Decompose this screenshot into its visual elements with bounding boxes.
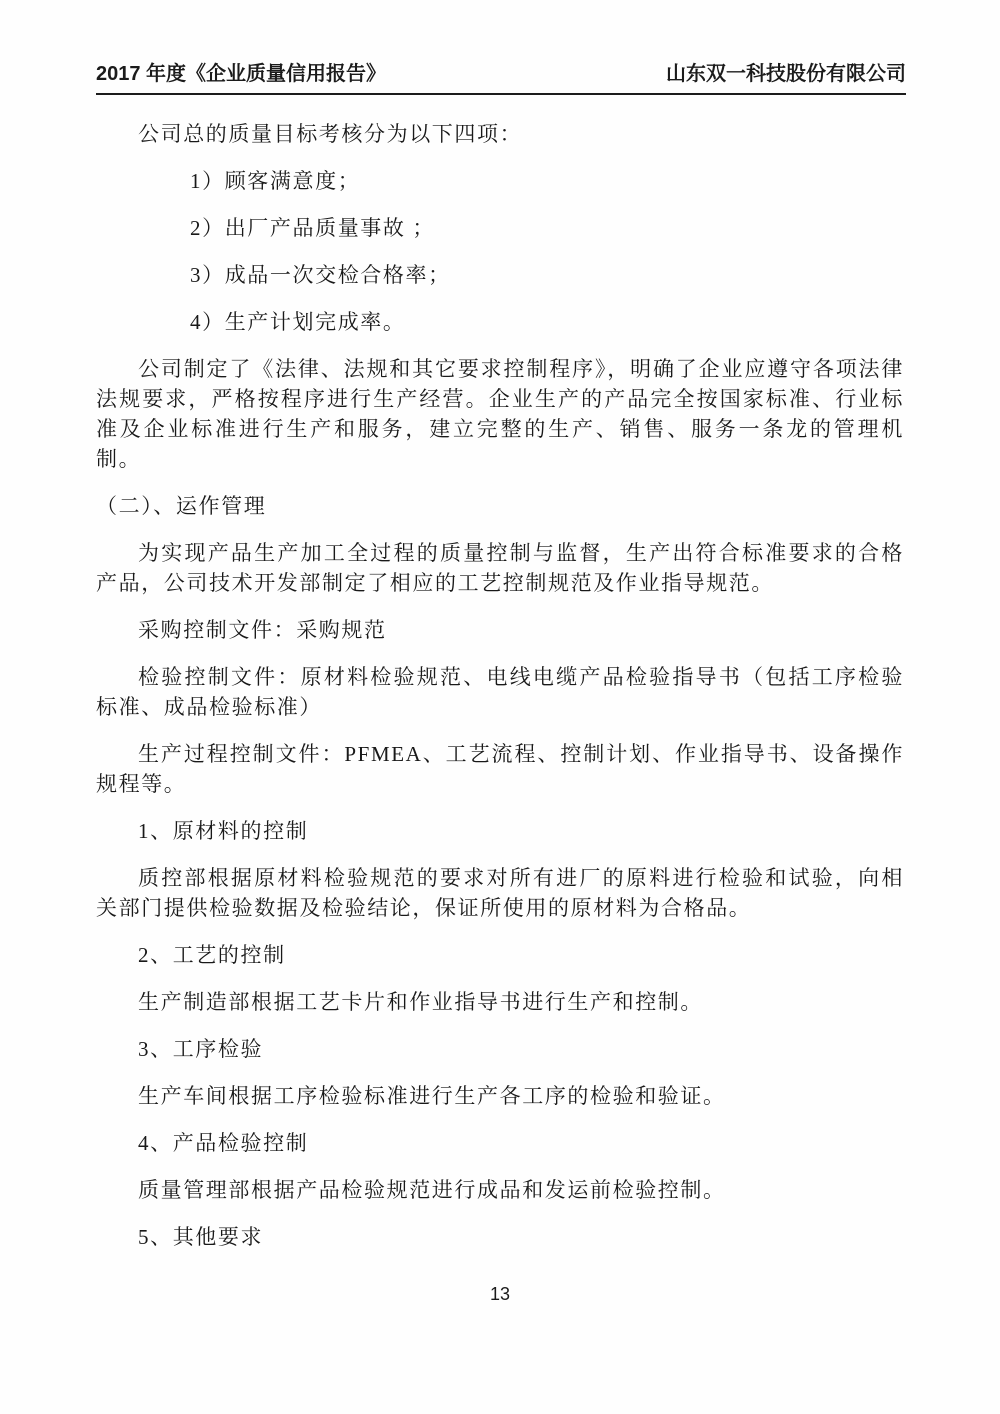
sub-item-5-heading: 5、其他要求 <box>96 1222 904 1252</box>
goal-item-1: 1）顾客满意度； <box>96 166 904 196</box>
process-control-paragraph: 生产过程控制文件：PFMEA、工艺流程、控制计划、作业指导书、设备操作规程等。 <box>96 739 904 799</box>
inspection-control-paragraph: 检验控制文件：原材料检验规范、电线电缆产品检验指导书（包括工序检验标准、成品检验… <box>96 662 904 722</box>
document-page: 2017 年度《企业质量信用报告》 山东双一科技股份有限公司 公司总的质量目标考… <box>0 0 1000 1414</box>
document-body: 公司总的质量目标考核分为以下四项： 1）顾客满意度； 2）出厂产品质量事故 ； … <box>96 119 904 1269</box>
operation-paragraph: 为实现产品生产加工全过程的质量控制与监督，生产出符合标准要求的合格产品，公司技术… <box>96 538 904 598</box>
company-name: 山东双一科技股份有限公司 <box>666 60 906 88</box>
sub-item-3-body: 生产车间根据工序检验标准进行生产各工序的检验和验证。 <box>96 1081 904 1111</box>
page-number: 13 <box>490 1284 510 1304</box>
sub-item-1-heading: 1、原材料的控制 <box>96 816 904 846</box>
sub-item-4-heading: 4、产品检验控制 <box>96 1128 904 1158</box>
goal-item-2: 2）出厂产品质量事故 ； <box>96 213 904 243</box>
sub-item-2-body: 生产制造部根据工艺卡片和作业指导书进行生产和控制。 <box>96 987 904 1017</box>
intro-paragraph: 公司总的质量目标考核分为以下四项： <box>96 119 904 149</box>
law-paragraph: 公司制定了《法律、法规和其它要求控制程序》，明确了企业应遵守各项法律法规要求，严… <box>96 354 904 474</box>
report-title: 2017 年度《企业质量信用报告》 <box>96 60 386 88</box>
purchase-control-line: 采购控制文件：采购规范 <box>96 615 904 645</box>
sub-item-2-heading: 2、工艺的控制 <box>96 940 904 970</box>
goal-item-3: 3）成品一次交检合格率； <box>96 260 904 290</box>
sub-item-1-body: 质控部根据原材料检验规范的要求对所有进厂的原料进行检验和试验，向相关部门提供检验… <box>96 863 904 923</box>
page-footer: 13 <box>0 1283 1000 1305</box>
page-header: 2017 年度《企业质量信用报告》 山东双一科技股份有限公司 <box>96 60 906 95</box>
section-heading-operation: （二）、运作管理 <box>96 491 904 521</box>
sub-item-4-body: 质量管理部根据产品检验规范进行成品和发运前检验控制。 <box>96 1175 904 1205</box>
goal-item-4: 4）生产计划完成率。 <box>96 307 904 337</box>
sub-item-3-heading: 3、工序检验 <box>96 1034 904 1064</box>
